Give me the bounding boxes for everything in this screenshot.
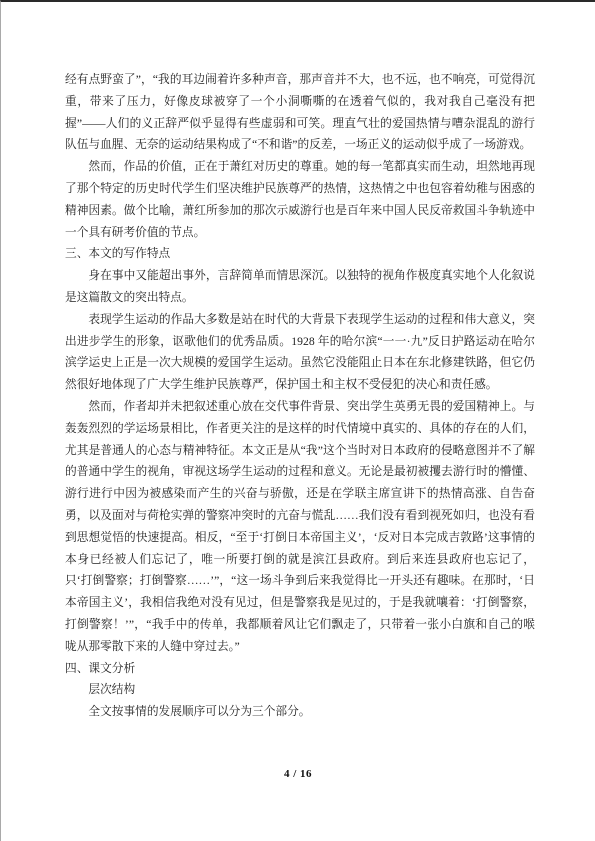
section-heading: 三、本文的写作特点 <box>65 243 535 265</box>
paragraph: 然而，作者却并未把叙述重心放在交代事件背景、突出学生英勇无畏的爱国精神上。与轰轰… <box>65 396 535 658</box>
paragraph: 然而，作品的价值，正在于萧红对历史的尊重。她的每一笔都真实而生动，坦然地再现了那… <box>65 156 535 243</box>
section-heading: 四、课文分析 <box>65 658 535 680</box>
paragraph: 全文按事情的发展顺序可以分为三个部分。 <box>65 701 535 723</box>
paragraph: 经有点野蛮了”，“我的耳边闹着许多种声音，那声音并不大，也不远，也不响亮，可觉得… <box>65 69 535 156</box>
paragraph: 身在事中又能超出事外，言辞简单而情思深沉。以独特的视角作极度真实地个人化叙说是这… <box>65 265 535 309</box>
page-number: 4 / 16 <box>1 768 595 780</box>
document-page: 经有点野蛮了”，“我的耳边闹着许多种声音，那声音并不大，也不远，也不响亮，可觉得… <box>0 0 595 841</box>
paragraph: 层次结构 <box>65 679 535 701</box>
page-content: 经有点野蛮了”，“我的耳边闹着许多种声音，那声音并不大，也不远，也不响亮，可觉得… <box>65 69 535 723</box>
paragraph: 表现学生运动的作品大多数是站在时代的大背景下表现学生运动的过程和伟大意义，突出进… <box>65 309 535 396</box>
